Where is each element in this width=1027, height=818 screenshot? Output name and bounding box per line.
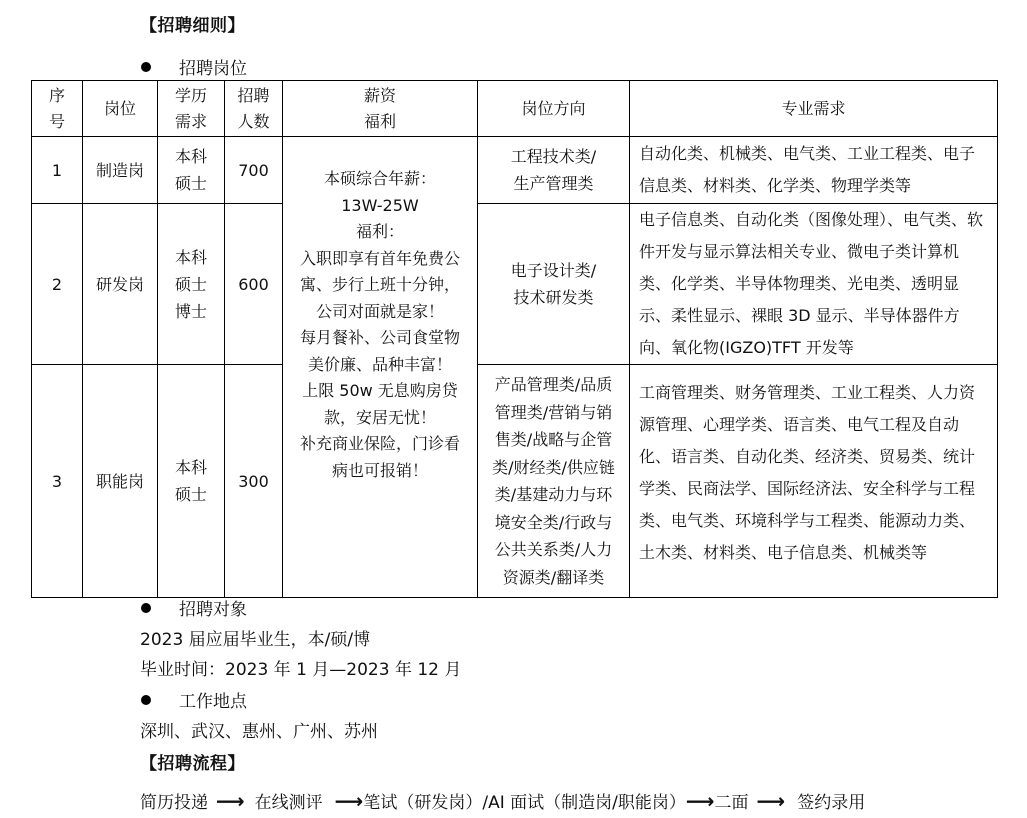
header-index-line: 号 xyxy=(36,109,78,135)
spacer xyxy=(293,484,467,568)
education-item: 本科 xyxy=(162,244,220,271)
header-salary-line: 薪资 xyxy=(287,83,473,109)
target-bullet: 招聘对象 xyxy=(141,595,247,620)
row-index: 2 xyxy=(32,204,83,365)
row-position: 职能岗 xyxy=(83,365,158,598)
arrow-right-icon: ⟶ xyxy=(335,789,364,813)
row-education: 本科 硕士 xyxy=(158,137,225,204)
direction-line: 类/财经类/供应链 xyxy=(486,454,621,482)
header-index: 序 号 xyxy=(32,81,83,137)
row-direction: 工程技术类/ 生产管理类 xyxy=(478,137,630,204)
benefits-line: 补充商业保险，门诊看 xyxy=(293,431,467,458)
salary-benefits-cell: 本硕综合年薪： 13W-25W 福利： 入职即享有首年免费公 寓、步行上班十分钟… xyxy=(283,137,478,598)
direction-line: 管理类/营销与销 xyxy=(486,399,621,427)
recruitment-rules-heading: 【招聘细则】 xyxy=(140,11,245,36)
salary-line: 本硕综合年薪： xyxy=(293,166,467,193)
positions-label: 招聘岗位 xyxy=(179,54,247,79)
header-education: 学历 需求 xyxy=(158,81,225,137)
benefits-line: 美价廉、品种丰富！ xyxy=(293,352,467,379)
education-item: 硕士 xyxy=(162,481,220,508)
direction-line: 类/基建动力与环 xyxy=(486,481,621,509)
row-position: 制造岗 xyxy=(83,137,158,204)
header-salary: 薪资 福利 xyxy=(283,81,478,137)
header-headcount: 招聘 人数 xyxy=(225,81,283,137)
graduation-time-text: 毕业时间：2023 年 1 月—2023 年 12 月 xyxy=(140,655,461,680)
benefits-line: 福利： xyxy=(293,219,467,246)
arrow-right-icon: ⟶ xyxy=(757,789,786,813)
benefits-line: 上限 50w 无息购房贷 xyxy=(293,378,467,405)
benefits-line: 款，安居无忧！ xyxy=(293,405,467,432)
education-item: 本科 xyxy=(162,454,220,481)
location-bullet: 工作地点 xyxy=(141,687,247,712)
row-education: 本科 硕士 博士 xyxy=(158,204,225,365)
education-item: 硕士 xyxy=(162,271,220,298)
bullet-icon xyxy=(141,62,151,72)
benefits-line: 入职即享有首年免费公 xyxy=(293,246,467,273)
row-index: 3 xyxy=(32,365,83,598)
table-row: 2 研发岗 本科 硕士 博士 600 电子设计类/ 技术研发类 电子信息类、自动… xyxy=(32,204,998,365)
row-majors: 工商管理类、财务管理类、工业工程类、人力资源管理、心理学类、语言类、电气工程及自… xyxy=(630,365,998,598)
row-headcount: 600 xyxy=(225,204,283,365)
row-direction: 产品管理类/品质 管理类/营销与销 售类/战略与企管 类/财经类/供应链 类/基… xyxy=(478,365,630,598)
table-header-row: 序 号 岗位 学历 需求 招聘 人数 薪资 福利 岗位方向 专业需求 xyxy=(32,81,998,137)
row-education: 本科 硕士 xyxy=(158,365,225,598)
table-row: 1 制造岗 本科 硕士 700 本硕综合年薪： 13W-25W 福利： 入职即享… xyxy=(32,137,998,204)
header-salary-line: 福利 xyxy=(287,109,473,135)
row-headcount: 300 xyxy=(225,365,283,598)
salary-line: 13W-25W xyxy=(293,193,467,220)
row-index: 1 xyxy=(32,137,83,204)
header-majors: 专业需求 xyxy=(630,81,998,137)
target-label: 招聘对象 xyxy=(179,595,247,620)
recruitment-process-heading: 【招聘流程】 xyxy=(140,749,245,774)
header-education-line: 学历 xyxy=(162,83,220,109)
bullet-icon xyxy=(141,603,151,613)
row-direction: 电子设计类/ 技术研发类 xyxy=(478,204,630,365)
direction-line: 电子设计类/ xyxy=(482,257,625,284)
header-position: 岗位 xyxy=(83,81,158,137)
benefits-line: 每月餐补、公司食堂物 xyxy=(293,325,467,352)
direction-line: 生产管理类 xyxy=(482,170,625,197)
header-direction: 岗位方向 xyxy=(478,81,630,137)
step-resume: 简历投递 xyxy=(140,788,208,813)
row-headcount: 700 xyxy=(225,137,283,204)
row-position: 研发岗 xyxy=(83,204,158,365)
header-education-line: 需求 xyxy=(162,109,220,135)
step-written-ai-interview: 笔试（研发岗）/AI 面试（制造岗/职能岗） xyxy=(363,788,686,813)
education-item: 硕士 xyxy=(162,170,220,197)
benefits-line: 寓、步行上班十分钟， xyxy=(293,272,467,299)
direction-line: 售类/战略与企管 xyxy=(486,426,621,454)
education-item: 博士 xyxy=(162,298,220,325)
process-flow: 简历投递 ⟶ 在线测评 ⟶ 笔试（研发岗）/AI 面试（制造岗/职能岗） ⟶ 二… xyxy=(140,788,865,813)
bullet-icon xyxy=(141,695,151,705)
direction-line: 境安全类/行政与 xyxy=(486,509,621,537)
locations-text: 深圳、武汉、惠州、广州、苏州 xyxy=(140,717,378,742)
header-index-line: 序 xyxy=(36,83,78,109)
step-second-interview: 二面 xyxy=(715,788,749,813)
header-headcount-line: 招聘 xyxy=(229,83,278,109)
row-majors: 自动化类、机械类、电气类、工业工程类、电子信息类、材料类、化学类、物理学类等 xyxy=(630,137,998,204)
direction-line: 公共关系类/人力 xyxy=(486,536,621,564)
location-label: 工作地点 xyxy=(179,687,247,712)
benefits-line: 病也可报销！ xyxy=(293,458,467,485)
target-audience-text: 2023 届应届毕业生，本/硕/博 xyxy=(140,625,370,650)
header-headcount-line: 人数 xyxy=(229,109,278,135)
positions-table: 序 号 岗位 学历 需求 招聘 人数 薪资 福利 岗位方向 专业需求 1 制造岗… xyxy=(31,80,998,598)
direction-line: 工程技术类/ xyxy=(482,143,625,170)
arrow-right-icon: ⟶ xyxy=(686,789,715,813)
direction-line: 产品管理类/品质 xyxy=(486,371,621,399)
step-sign-offer: 签约录用 xyxy=(797,788,865,813)
table-row: 3 职能岗 本科 硕士 300 产品管理类/品质 管理类/营销与销 售类/战略与… xyxy=(32,365,998,598)
direction-line: 技术研发类 xyxy=(482,284,625,311)
arrow-right-icon: ⟶ xyxy=(216,789,245,813)
education-item: 本科 xyxy=(162,143,220,170)
positions-bullet: 招聘岗位 xyxy=(141,54,247,79)
step-online-assessment: 在线测评 xyxy=(255,788,323,813)
direction-line: 资源类/翻译类 xyxy=(486,564,621,592)
benefits-line: 公司对面就是家！ xyxy=(293,299,467,326)
row-majors: 电子信息类、自动化类（图像处理）、电气类、软件开发与显示算法相关专业、微电子类计… xyxy=(630,204,998,365)
